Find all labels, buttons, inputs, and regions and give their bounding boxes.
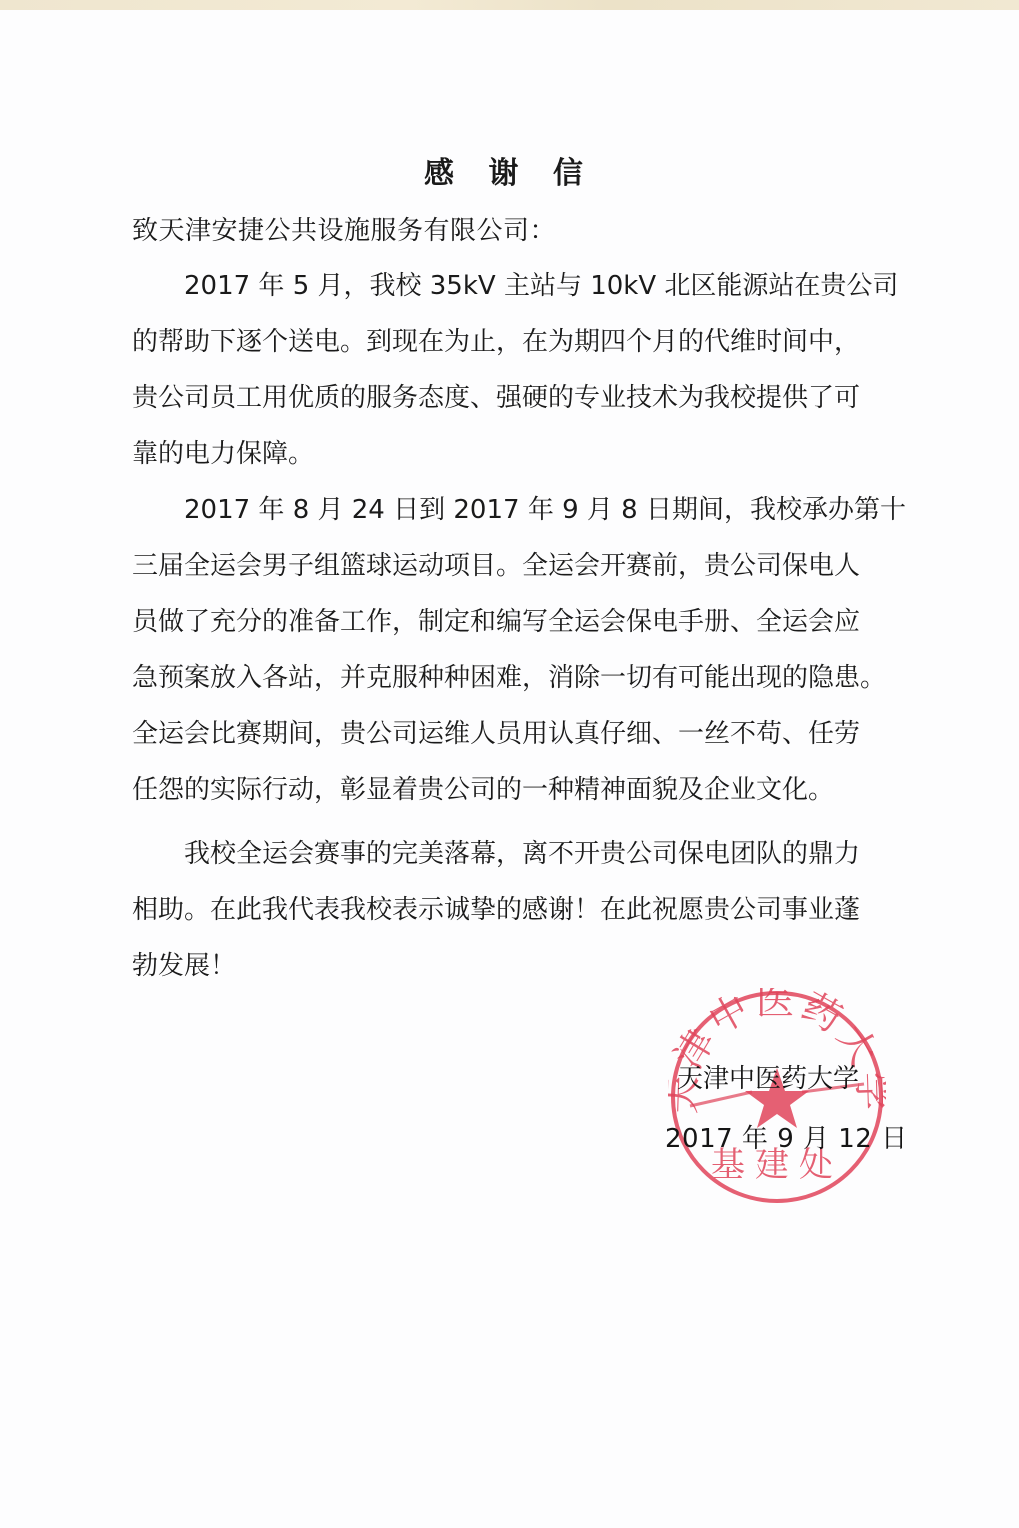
paragraph-2: 2017 年 8 月 24 日到 2017 年 9 月 8 日期间，我校承办第十… <box>132 482 892 818</box>
paragraph-1: 2017 年 5 月，我校 35kV 主站与 10kV 北区能源站在贵公司 的帮… <box>132 258 892 482</box>
official-seal-icon: 天津中医药大学 基建处 <box>668 988 886 1206</box>
paper-top-edge <box>0 0 1019 10</box>
paragraph-line: 员做了充分的准备工作，制定和编写全运会保电手册、全运会应 <box>132 594 892 650</box>
paragraph-line: 急预案放入各站，并克服种种困难，消除一切有可能出现的隐患。 <box>132 650 892 706</box>
paragraph-3: 我校全运会赛事的完美落幕，离不开贵公司保电团队的鼎力 相助。在此我代表我校表示诚… <box>132 826 892 994</box>
paragraph-line: 贵公司员工用优质的服务态度、强硬的专业技术为我校提供了可 <box>132 370 892 426</box>
paragraph-line: 的帮助下逐个送电。到现在为止，在为期四个月的代维时间中， <box>132 314 892 370</box>
paragraph-line: 相助。在此我代表我校表示诚挚的感谢！在此祝愿贵公司事业蓬 <box>132 882 892 938</box>
paragraph-line: 靠的电力保障。 <box>132 426 892 482</box>
paragraph-line: 我校全运会赛事的完美落幕，离不开贵公司保电团队的鼎力 <box>132 826 892 882</box>
paragraph-line: 三届全运会男子组篮球运动项目。全运会开赛前，贵公司保电人 <box>132 538 892 594</box>
salutation: 致天津安捷公共设施服务有限公司： <box>132 210 556 247</box>
paragraph-line: 全运会比赛期间，贵公司运维人员用认真仔细、一丝不苟、任劳 <box>132 706 892 762</box>
paragraph-line: 勃发展！ <box>132 938 892 994</box>
paragraph-line: 2017 年 8 月 24 日到 2017 年 9 月 8 日期间，我校承办第十 <box>132 482 892 538</box>
paragraph-line: 任怨的实际行动，彰显着贵公司的一种精神面貌及企业文化。 <box>132 762 892 818</box>
letter-title: 感 谢 信 <box>0 148 1019 192</box>
signature-organization: 天津中医药大学 <box>677 1058 859 1095</box>
letter-date: 2017 年 9 月 12 日 <box>665 1118 908 1155</box>
paragraph-line: 2017 年 5 月，我校 35kV 主站与 10kV 北区能源站在贵公司 <box>132 258 892 314</box>
